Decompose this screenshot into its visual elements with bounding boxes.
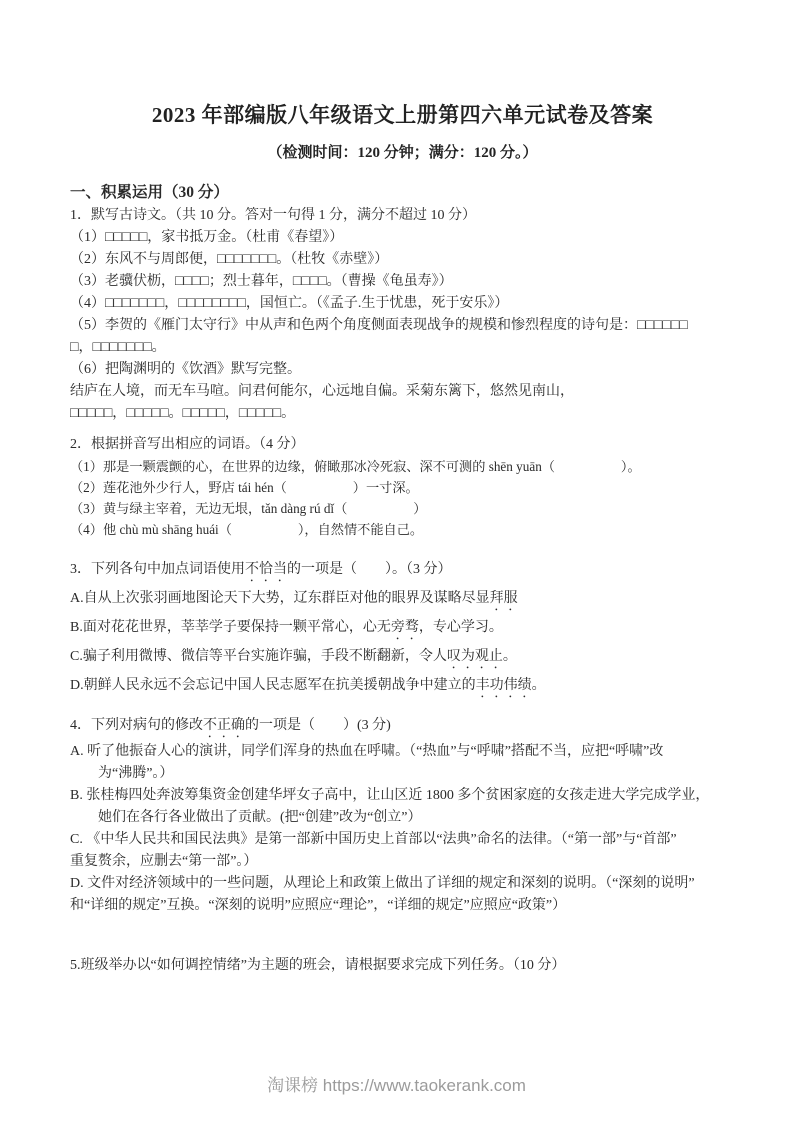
- doc-line: 她们在各行各业做出了贡献。(把“创建”改为“创立”）: [70, 807, 735, 829]
- doc-line: 为“沸腾”。）: [70, 763, 735, 785]
- doc-line: D.朝鲜人民永远不会忘记中国人民志愿军在抗美援朝战争中建立的丰功伟绩。: [70, 672, 735, 701]
- section-q2: 2．根据拼音写出相应的词语。（4 分）（1）那是一颗震颤的心，在世界的边缘，俯瞰…: [70, 434, 735, 540]
- doc-line: C. 《中华人民共和国民法典》是第一部新中国历史上首部以“法典”命名的法律。（“…: [70, 829, 735, 851]
- document-body: 一、积累运用（30 分）1．默写古诗文。（共 10 分。答对一句得 1 分，满分…: [70, 181, 735, 977]
- doc-line: 5.班级举办以“如何调控情绪”为主题的班会，请根据要求完成下列任务。（10 分）: [70, 955, 735, 977]
- doc-line: 和“详细的规定”互换。“深刻的说明”应照应“理论”，“详细的规定”应照应“政策”…: [70, 895, 735, 917]
- emphasized-text: 叹为观止: [447, 649, 503, 664]
- doc-line: 结庐在人境，而无车马喧。问君何能尔，心远地自偏。采菊东篱下，悠然见南山，: [70, 381, 735, 403]
- page-subtitle: （检测时间：120 分钟；满分：120 分。）: [70, 143, 735, 164]
- doc-line: （1）□□□□□，家书抵万金。（杜甫《春望》）: [70, 227, 735, 249]
- page-title: 2023 年部编版八年级语文上册第四六单元试卷及答案: [70, 100, 735, 130]
- doc-line: B. 张桂梅四处奔波筹集资金创建华坪女子高中，让山区近 1800 多个贫困家庭的…: [70, 785, 735, 807]
- emphasized-text: 不恰当: [245, 562, 287, 577]
- emphasized-text: 旁骛: [391, 620, 419, 635]
- doc-line: （5）李贺的《雁门太守行》中从声和色两个角度侧面表现战争的规模和惨烈程度的诗句是…: [70, 315, 735, 337]
- doc-line: （4）他 chù mù shāng huái（ ），自然情不能自己。: [70, 519, 735, 540]
- doc-line: 4．下列对病句的修改不正确的一项是（ ）(3 分): [70, 715, 735, 741]
- doc-line: 1．默写古诗文。（共 10 分。答对一句得 1 分，满分不超过 10 分）: [70, 205, 735, 227]
- doc-line: D. 文件对经济领域中的一些问题，从理论上和政策上做出了详细的规定和深刻的说明。…: [70, 873, 735, 895]
- section-q5: 5.班级举办以“如何调控情绪”为主题的班会，请根据要求完成下列任务。（10 分）: [70, 955, 735, 977]
- doc-line: □□□□□，□□□□□。□□□□□，□□□□□。: [70, 403, 735, 425]
- section-q4: 4．下列对病句的修改不正确的一项是（ ）(3 分)A. 听了他振奋人心的演讲，同…: [70, 715, 735, 917]
- doc-line: C.骗子利用微博、微信等平台实施诈骗，手段不断翻新，令人叹为观止。: [70, 643, 735, 672]
- doc-line: （2）莲花池外少行人，野店 tái hén（ ）一寸深。: [70, 477, 735, 498]
- doc-line: 3．下列各句中加点词语使用不恰当的一项是（ ）。（3 分）: [70, 556, 735, 585]
- doc-line: （3）老骥伏枥，□□□□；烈士暮年，□□□□。（曹操《龟虽寿》）: [70, 271, 735, 293]
- section-q3: 3．下列各句中加点词语使用不恰当的一项是（ ）。（3 分）A.自从上次张羽画地图…: [70, 556, 735, 701]
- doc-line: （3）黄与绿主宰着，无边无垠，tǎn dàng rú dǐ（ ）: [70, 498, 735, 519]
- doc-line: 一、积累运用（30 分）: [70, 181, 735, 205]
- doc-line: （1）那是一颗震颤的心，在世界的边缘，俯瞰那冰冷死寂、深不可测的 shēn yu…: [70, 456, 735, 477]
- doc-line: B.面对花花世界，莘莘学子要保持一颗平常心，心无旁骛，专心学习。: [70, 614, 735, 643]
- section-part-one-heading: 一、积累运用（30 分）: [70, 181, 735, 205]
- doc-line: 2．根据拼音写出相应的词语。（4 分）: [70, 434, 735, 456]
- doc-line: （4）□□□□□□□，□□□□□□□□，国恒亡。（《孟子.生于忧患，死于安乐》）: [70, 293, 735, 315]
- section-q1: 1．默写古诗文。（共 10 分。答对一句得 1 分，满分不超过 10 分）（1）…: [70, 205, 735, 425]
- emphasized-text: 拜服: [490, 591, 518, 606]
- exam-paper-page: 2023 年部编版八年级语文上册第四六单元试卷及答案 （检测时间：120 分钟；…: [0, 0, 793, 1122]
- doc-line: （2）东风不与周郎便，□□□□□□□。（杜牧《赤壁》）: [70, 249, 735, 271]
- emphasized-text: 丰功伟绩: [476, 678, 532, 693]
- doc-line: A.自从上次张羽画地图论天下大势，辽东群臣对他的眼界及谋略尽显拜服: [70, 585, 735, 614]
- doc-line: （6）把陶渊明的《饮酒》默写完整。: [70, 359, 735, 381]
- emphasized-text: 不正确: [203, 718, 245, 733]
- doc-line: 重复赘余，应删去“第一部”。）: [70, 851, 735, 873]
- doc-line: □，□□□□□□□。: [70, 337, 735, 359]
- document-content: 2023 年部编版八年级语文上册第四六单元试卷及答案 （检测时间：120 分钟；…: [0, 0, 793, 977]
- doc-line: A. 听了他振奋人心的演讲，同学们浑身的热血在呼啸。（“热血”与“呼啸”搭配不当…: [70, 741, 735, 763]
- watermark-footer: 淘课榜 https://www.taokerank.com: [0, 1071, 793, 1096]
